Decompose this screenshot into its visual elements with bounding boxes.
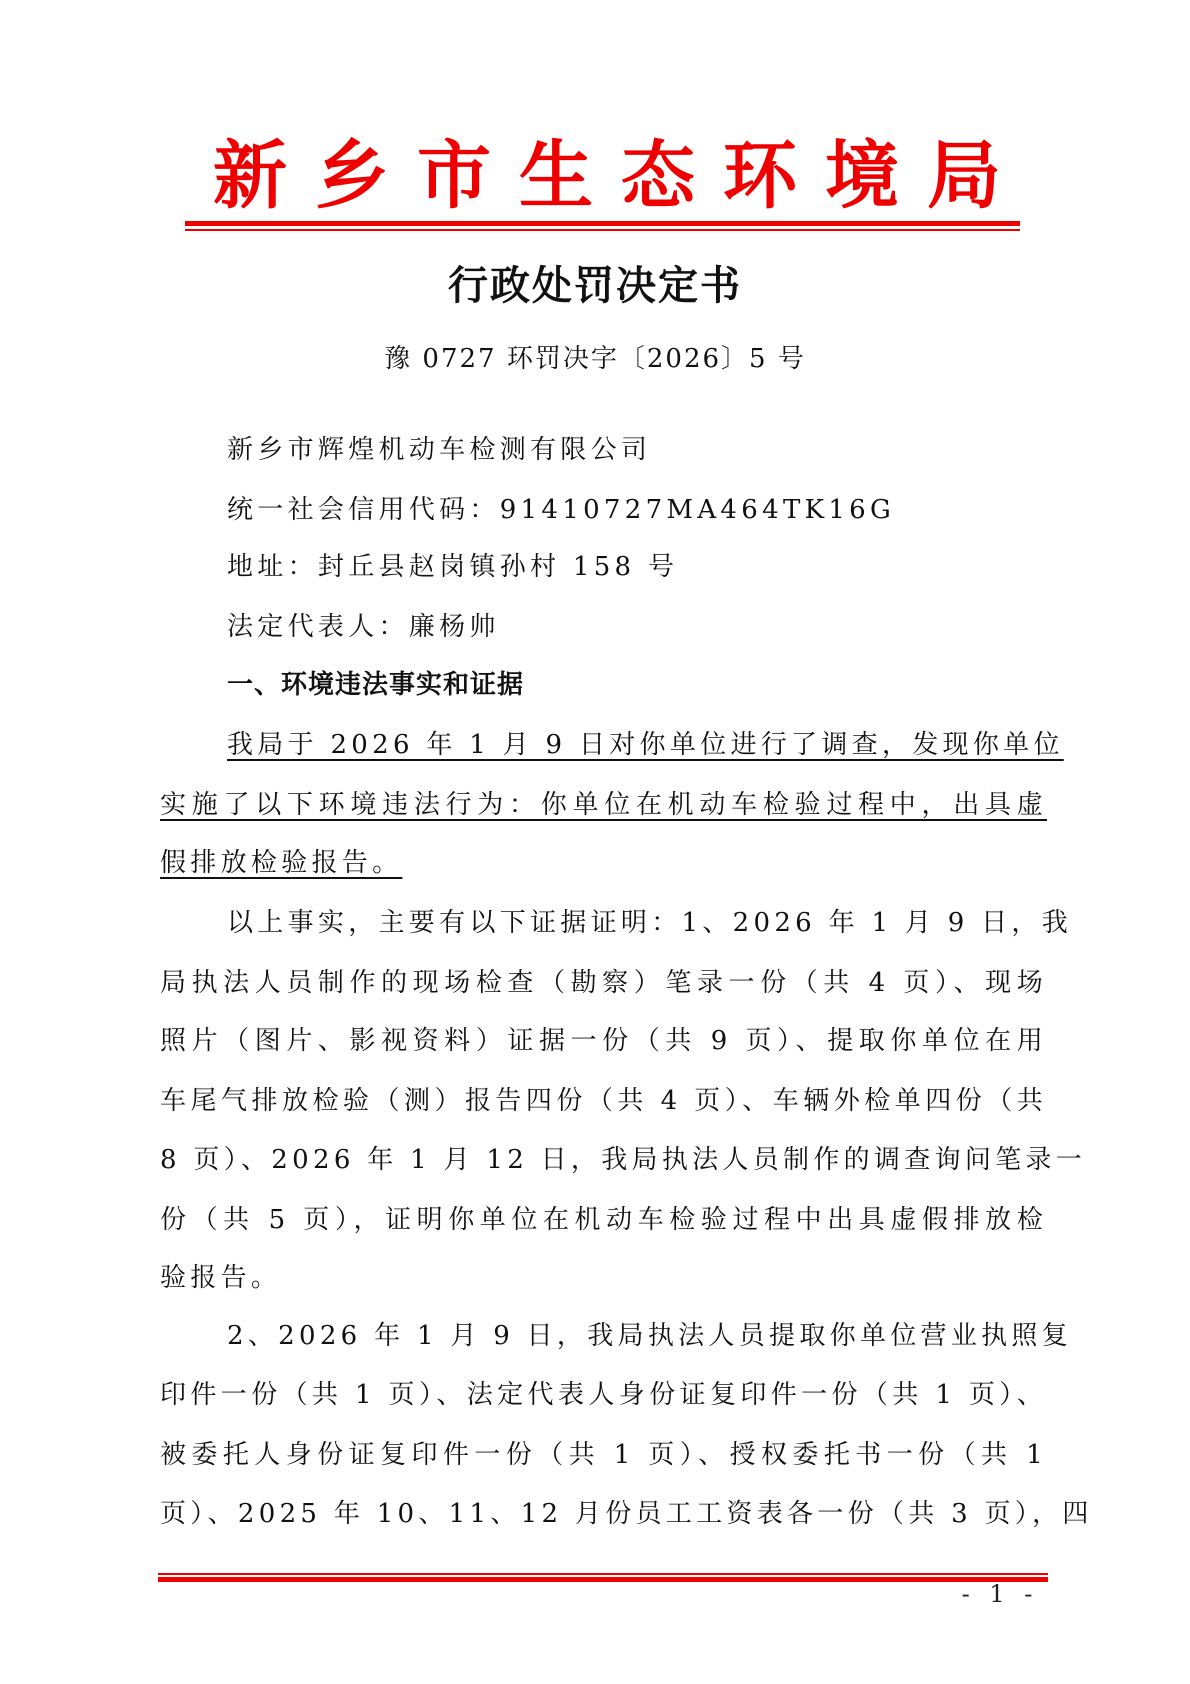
- page-number: - 1 -: [955, 1580, 1045, 1608]
- evidence-line: 车尾气排放检验（测）报告四份（共 4 页）、车辆外检单四份（共: [160, 1081, 1047, 1121]
- evidence-line: 照片（图片、影视资料）证据一份（共 9 页）、提取你单位在用: [160, 1021, 1047, 1061]
- footer-rule-thick: [158, 1577, 1048, 1582]
- credit-code: 统一社会信用代码：91410727MA464TK16G: [227, 490, 1047, 530]
- address: 地址：封丘县赵岗镇孙村 158 号: [227, 547, 1047, 587]
- footer-rule-thin: [158, 1573, 1048, 1575]
- document-number: 豫 0727 环罚决字〔2026〕5 号: [0, 342, 1190, 376]
- header-rule-thin: [185, 229, 1020, 231]
- evidence-line: 被委托人身份证复印件一份（共 1 页）、授权委托书一份（共 1: [160, 1435, 1047, 1475]
- document-title: 行政处罚决定书: [0, 262, 1190, 310]
- evidence-line: 8 页）、2026 年 1 月 12 日，我局执法人员制作的调查询问笔录一: [160, 1140, 1047, 1180]
- facts-line: 我局于 2026 年 1 月 9 日对你单位进行了调查，发现你单位: [227, 725, 1047, 765]
- evidence-line: 局执法人员制作的现场检查（勘察）笔录一份（共 4 页）、现场: [160, 963, 1047, 1003]
- organization-header: 新乡市生态环境局: [185, 130, 1020, 222]
- evidence-line: 份（共 5 页），证明你单位在机动车检验过程中出具虚假排放检: [160, 1200, 1047, 1240]
- evidence-line: 2、2026 年 1 月 9 日，我局执法人员提取你单位营业执照复: [227, 1316, 1047, 1356]
- evidence-line: 印件一份（共 1 页）、法定代表人身份证复印件一份（共 1 页）、: [160, 1375, 1047, 1415]
- facts-line: 实施了以下环境违法行为：你单位在机动车检验过程中，出具虚: [160, 785, 1047, 825]
- company-name: 新乡市辉煌机动车检测有限公司: [227, 430, 1047, 470]
- evidence-line: 页）、2025 年 10、11、12 月份员工工资表各一份（共 3 页），四: [160, 1494, 1047, 1534]
- evidence-line: 以上事实，主要有以下证据证明：1、2026 年 1 月 9 日，我: [227, 903, 1047, 943]
- evidence-line: 验报告。: [160, 1258, 1047, 1298]
- legal-representative: 法定代表人：廉杨帅: [227, 607, 1047, 647]
- section-heading: 一、环境违法事实和证据: [227, 665, 1047, 705]
- header-rule-thick: [185, 221, 1020, 226]
- facts-line: 假排放检验报告。: [160, 843, 432, 883]
